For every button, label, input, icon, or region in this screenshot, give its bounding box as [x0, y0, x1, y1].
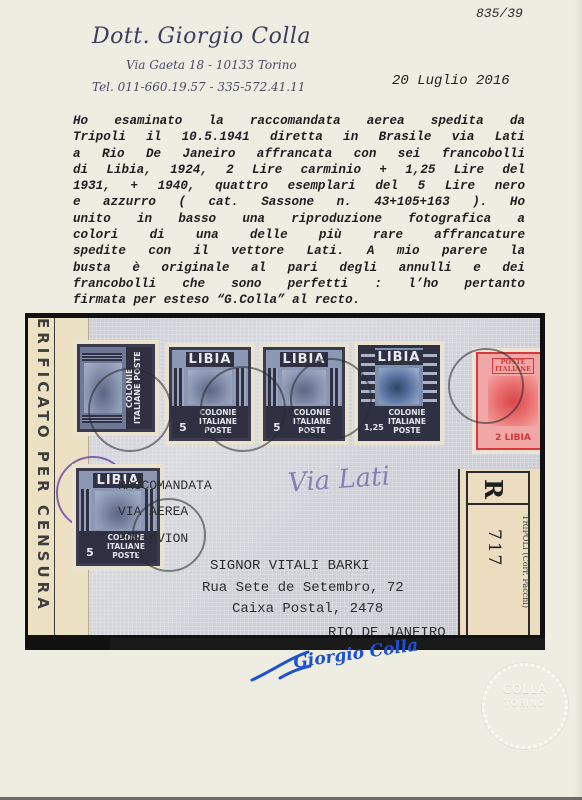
body-line: francobolli che sono perfetti : l’ho per…: [73, 276, 525, 292]
routing-raccomandata: RACCOMANDATA: [118, 478, 212, 493]
stamp-denomination: 1,25: [364, 422, 380, 434]
stamp-denomination: 5: [175, 422, 191, 434]
addressee-postal-box: Caixa Postal, 2478: [232, 601, 383, 617]
routing-por-avion: POR AVION: [118, 531, 188, 546]
censor-strip-text: ERIFICATO PER CENSURA: [30, 318, 52, 635]
certificate-date: 20 Luglio 2016: [392, 73, 510, 89]
envelope: ERIFICATO PER CENSURA W COLONIE ITALIANE…: [28, 318, 540, 635]
body-line: di Libia, 1924, 2 Lire carminio + 1,25 L…: [73, 162, 525, 178]
postmark: [200, 366, 286, 452]
stamp-country: LIBIA: [505, 433, 531, 443]
stamp-denomination: 2: [495, 433, 501, 443]
addressee-name: SIGNOR VITALI BARKI: [210, 558, 370, 574]
postmark: [290, 358, 372, 440]
registration-label: R 717 TRIPOLI (Corr. Pacchi): [458, 469, 540, 635]
embossed-seal: COLLA TORINO: [482, 663, 568, 749]
body-line: unito in basso una riproduzione fotograf…: [73, 211, 525, 227]
body-line: busta è originale al pari degli annulli …: [73, 260, 525, 276]
registration-number: 717: [464, 529, 504, 567]
certificate-body: Ho esaminato la raccomandata aerea spedi…: [73, 113, 525, 309]
body-line: colori di una delle più rare affrancatur…: [73, 227, 525, 243]
stamp-denomination: 5: [82, 547, 98, 559]
body-line: Ho esaminato la raccomandata aerea spedi…: [73, 113, 525, 129]
stamp-country: LIBIA: [375, 350, 423, 365]
addressee-street: Rua Sete de Setembro, 72: [202, 580, 404, 596]
postmark: [88, 368, 172, 452]
stamp-country: LIBIA: [186, 352, 234, 367]
body-line: firmata per esteso “G.Colla” al recto.: [73, 292, 525, 308]
censor-strip-rule: [54, 318, 55, 635]
certificate-page: Dott. Giorgio Colla Via Gaeta 18 - 10133…: [0, 0, 582, 800]
postmark: [448, 348, 524, 424]
seal-top-text: COLLA: [485, 682, 565, 696]
body-line: 1931, + 1940, quattro esemplari del 5 Li…: [73, 178, 525, 194]
body-line: Tripoli il 10.5.1941 diretta in Brasile …: [73, 129, 525, 145]
addressee-city: RIO DE JANEIRO: [328, 625, 446, 635]
routing-via-aerea: VIA AEREA: [118, 504, 188, 519]
expert-address: Via Gaeta 18 - 10133 Torino: [126, 58, 297, 72]
expert-name: Dott. Giorgio Colla: [92, 24, 311, 49]
body-line: e azzurro ( cat. Sassone n. 43+105+163 )…: [73, 194, 525, 210]
body-line: a Rio De Janeiro affrancata con sei fran…: [73, 146, 525, 162]
expert-telephone: Tel. 011-660.19.57 - 335-572.41.11: [92, 80, 305, 94]
certificate-number: 835/39: [476, 6, 523, 21]
seal-bottom-text: TORINO: [485, 699, 565, 709]
registration-office: TRIPOLI (Corr. Pacchi): [500, 515, 530, 608]
envelope-photo: ERIFICATO PER CENSURA W COLONIE ITALIANE…: [25, 313, 545, 650]
handwritten-route: Via Lati: [287, 461, 391, 498]
body-line: spedite con il vettore Lati. A mio parer…: [73, 243, 525, 259]
